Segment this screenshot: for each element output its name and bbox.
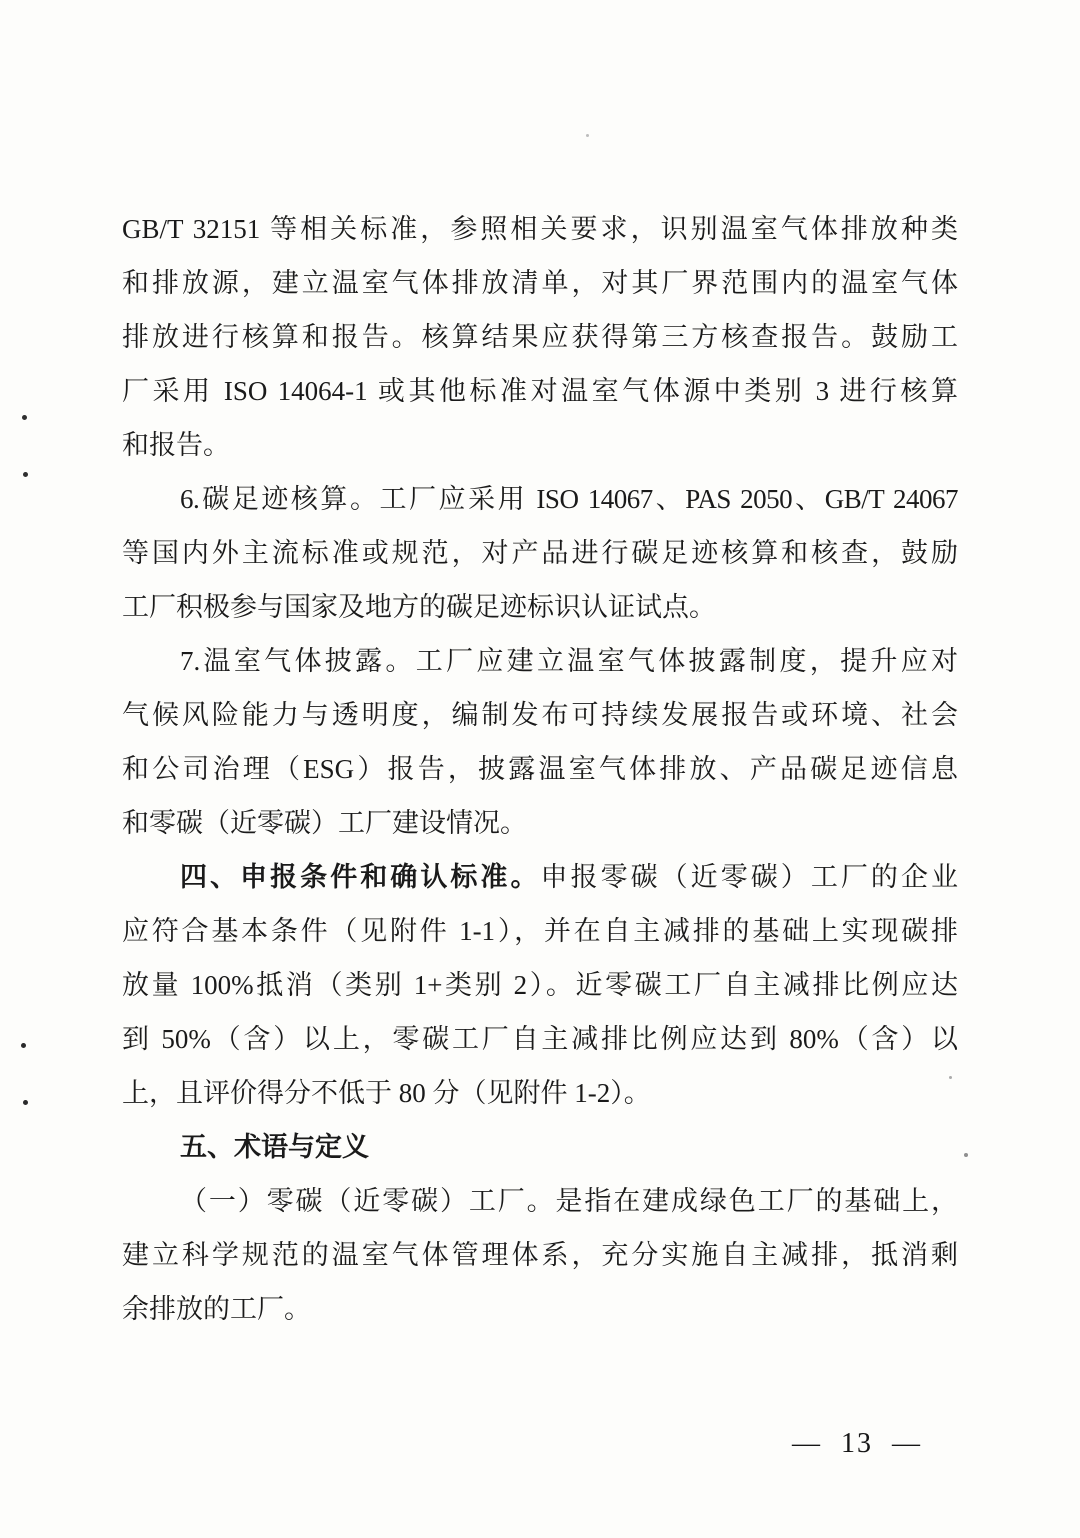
text-line: 四、申报条件和确认标准。申报零碳（近零碳）工厂的企业 bbox=[122, 850, 958, 904]
scanned-page: GB/T 32151 等相关标准，参照相关要求，识别温室气体排放种类和排放源，建… bbox=[0, 0, 1080, 1538]
text-line: 和公司治理（ESG）报告，披露温室气体排放、产品碳足迹信息 bbox=[122, 742, 958, 796]
scan-speck bbox=[21, 1043, 26, 1048]
body-text: 放量 100%抵消（类别 1+类别 2）。近零碳工厂自主减排比例应达 bbox=[122, 970, 958, 1000]
body-text: 和公司治理（ESG）报告，披露温室气体排放、产品碳足迹信息 bbox=[122, 754, 958, 784]
text-line: 放量 100%抵消（类别 1+类别 2）。近零碳工厂自主减排比例应达 bbox=[122, 958, 958, 1012]
scan-speck bbox=[22, 415, 27, 420]
heading-text: 四、申报条件和确认标准。 bbox=[180, 862, 540, 892]
text-line: 厂采用 ISO 14064-1 或其他标准对温室气体源中类别 3 进行核算 bbox=[122, 364, 958, 418]
text-line: GB/T 32151 等相关标准，参照相关要求，识别温室气体排放种类 bbox=[122, 202, 958, 256]
body-text: 和排放源，建立温室气体排放清单，对其厂界范围内的温室气体 bbox=[122, 268, 958, 298]
scan-speck bbox=[964, 1153, 968, 1157]
text-line: 五、术语与定义 bbox=[122, 1120, 958, 1174]
body-text: 和报告。 bbox=[122, 430, 230, 460]
body-text: （一）零碳（近零碳）工厂。是指在建成绿色工厂的基础上， bbox=[180, 1186, 958, 1216]
text-line: 和零碳（近零碳）工厂建设情况。 bbox=[122, 796, 958, 850]
text-line: 工厂积极参与国家及地方的碳足迹标识认证试点。 bbox=[122, 580, 958, 634]
scan-speck bbox=[586, 134, 589, 137]
body-text: 应符合基本条件（见附件 1-1），并在自主减排的基础上实现碳排 bbox=[122, 916, 958, 946]
body-text: 建立科学规范的温室气体管理体系，充分实施自主减排，抵消剩 bbox=[122, 1240, 958, 1270]
text-line: 和报告。 bbox=[122, 418, 958, 472]
text-line: 余排放的工厂。 bbox=[122, 1282, 958, 1336]
text-line: 排放进行核算和报告。核算结果应获得第三方核查报告。鼓励工 bbox=[122, 310, 958, 364]
body-text: 到 50%（含）以上，零碳工厂自主减排比例应达到 80%（含）以 bbox=[122, 1024, 958, 1054]
document-body: GB/T 32151 等相关标准，参照相关要求，识别温室气体排放种类和排放源，建… bbox=[122, 202, 958, 1336]
body-text: 申报零碳（近零碳）工厂的企业 bbox=[540, 862, 958, 892]
text-line: 等国内外主流标准或规范，对产品进行碳足迹核算和核查，鼓励 bbox=[122, 526, 958, 580]
text-line: （一）零碳（近零碳）工厂。是指在建成绿色工厂的基础上， bbox=[122, 1174, 958, 1228]
body-text: 厂采用 ISO 14064-1 或其他标准对温室气体源中类别 3 进行核算 bbox=[122, 376, 958, 406]
text-line: 7.温室气体披露。工厂应建立温室气体披露制度，提升应对 bbox=[122, 634, 958, 688]
body-text: 上，且评价得分不低于 80 分（见附件 1-2）。 bbox=[122, 1078, 651, 1108]
body-text: 余排放的工厂。 bbox=[122, 1294, 311, 1324]
scan-speck bbox=[23, 472, 28, 477]
body-text: GB/T 32151 等相关标准，参照相关要求，识别温室气体排放种类 bbox=[122, 214, 958, 244]
scan-speck bbox=[949, 1076, 952, 1079]
text-line: 上，且评价得分不低于 80 分（见附件 1-2）。 bbox=[122, 1066, 958, 1120]
body-text: 6.碳足迹核算。工厂应采用 ISO 14067、PAS 2050、GB/T 24… bbox=[180, 484, 958, 514]
text-line: 应符合基本条件（见附件 1-1），并在自主减排的基础上实现碳排 bbox=[122, 904, 958, 958]
body-text: 7.温室气体披露。工厂应建立温室气体披露制度，提升应对 bbox=[180, 646, 958, 676]
text-line: 6.碳足迹核算。工厂应采用 ISO 14067、PAS 2050、GB/T 24… bbox=[122, 472, 958, 526]
text-line: 和排放源，建立温室气体排放清单，对其厂界范围内的温室气体 bbox=[122, 256, 958, 310]
scan-speck bbox=[23, 1100, 28, 1105]
body-text: 气候风险能力与透明度，编制发布可持续发展报告或环境、社会 bbox=[122, 700, 958, 730]
body-text: 等国内外主流标准或规范，对产品进行碳足迹核算和核查，鼓励 bbox=[122, 538, 958, 568]
text-line: 到 50%（含）以上，零碳工厂自主减排比例应达到 80%（含）以 bbox=[122, 1012, 958, 1066]
body-text: 和零碳（近零碳）工厂建设情况。 bbox=[122, 808, 527, 838]
body-text: 工厂积极参与国家及地方的碳足迹标识认证试点。 bbox=[122, 592, 716, 622]
heading-text: 五、术语与定义 bbox=[180, 1132, 369, 1162]
page-number: — 13 — bbox=[792, 1428, 922, 1460]
text-line: 建立科学规范的温室气体管理体系，充分实施自主减排，抵消剩 bbox=[122, 1228, 958, 1282]
body-text: 排放进行核算和报告。核算结果应获得第三方核查报告。鼓励工 bbox=[122, 322, 958, 352]
text-line: 气候风险能力与透明度，编制发布可持续发展报告或环境、社会 bbox=[122, 688, 958, 742]
